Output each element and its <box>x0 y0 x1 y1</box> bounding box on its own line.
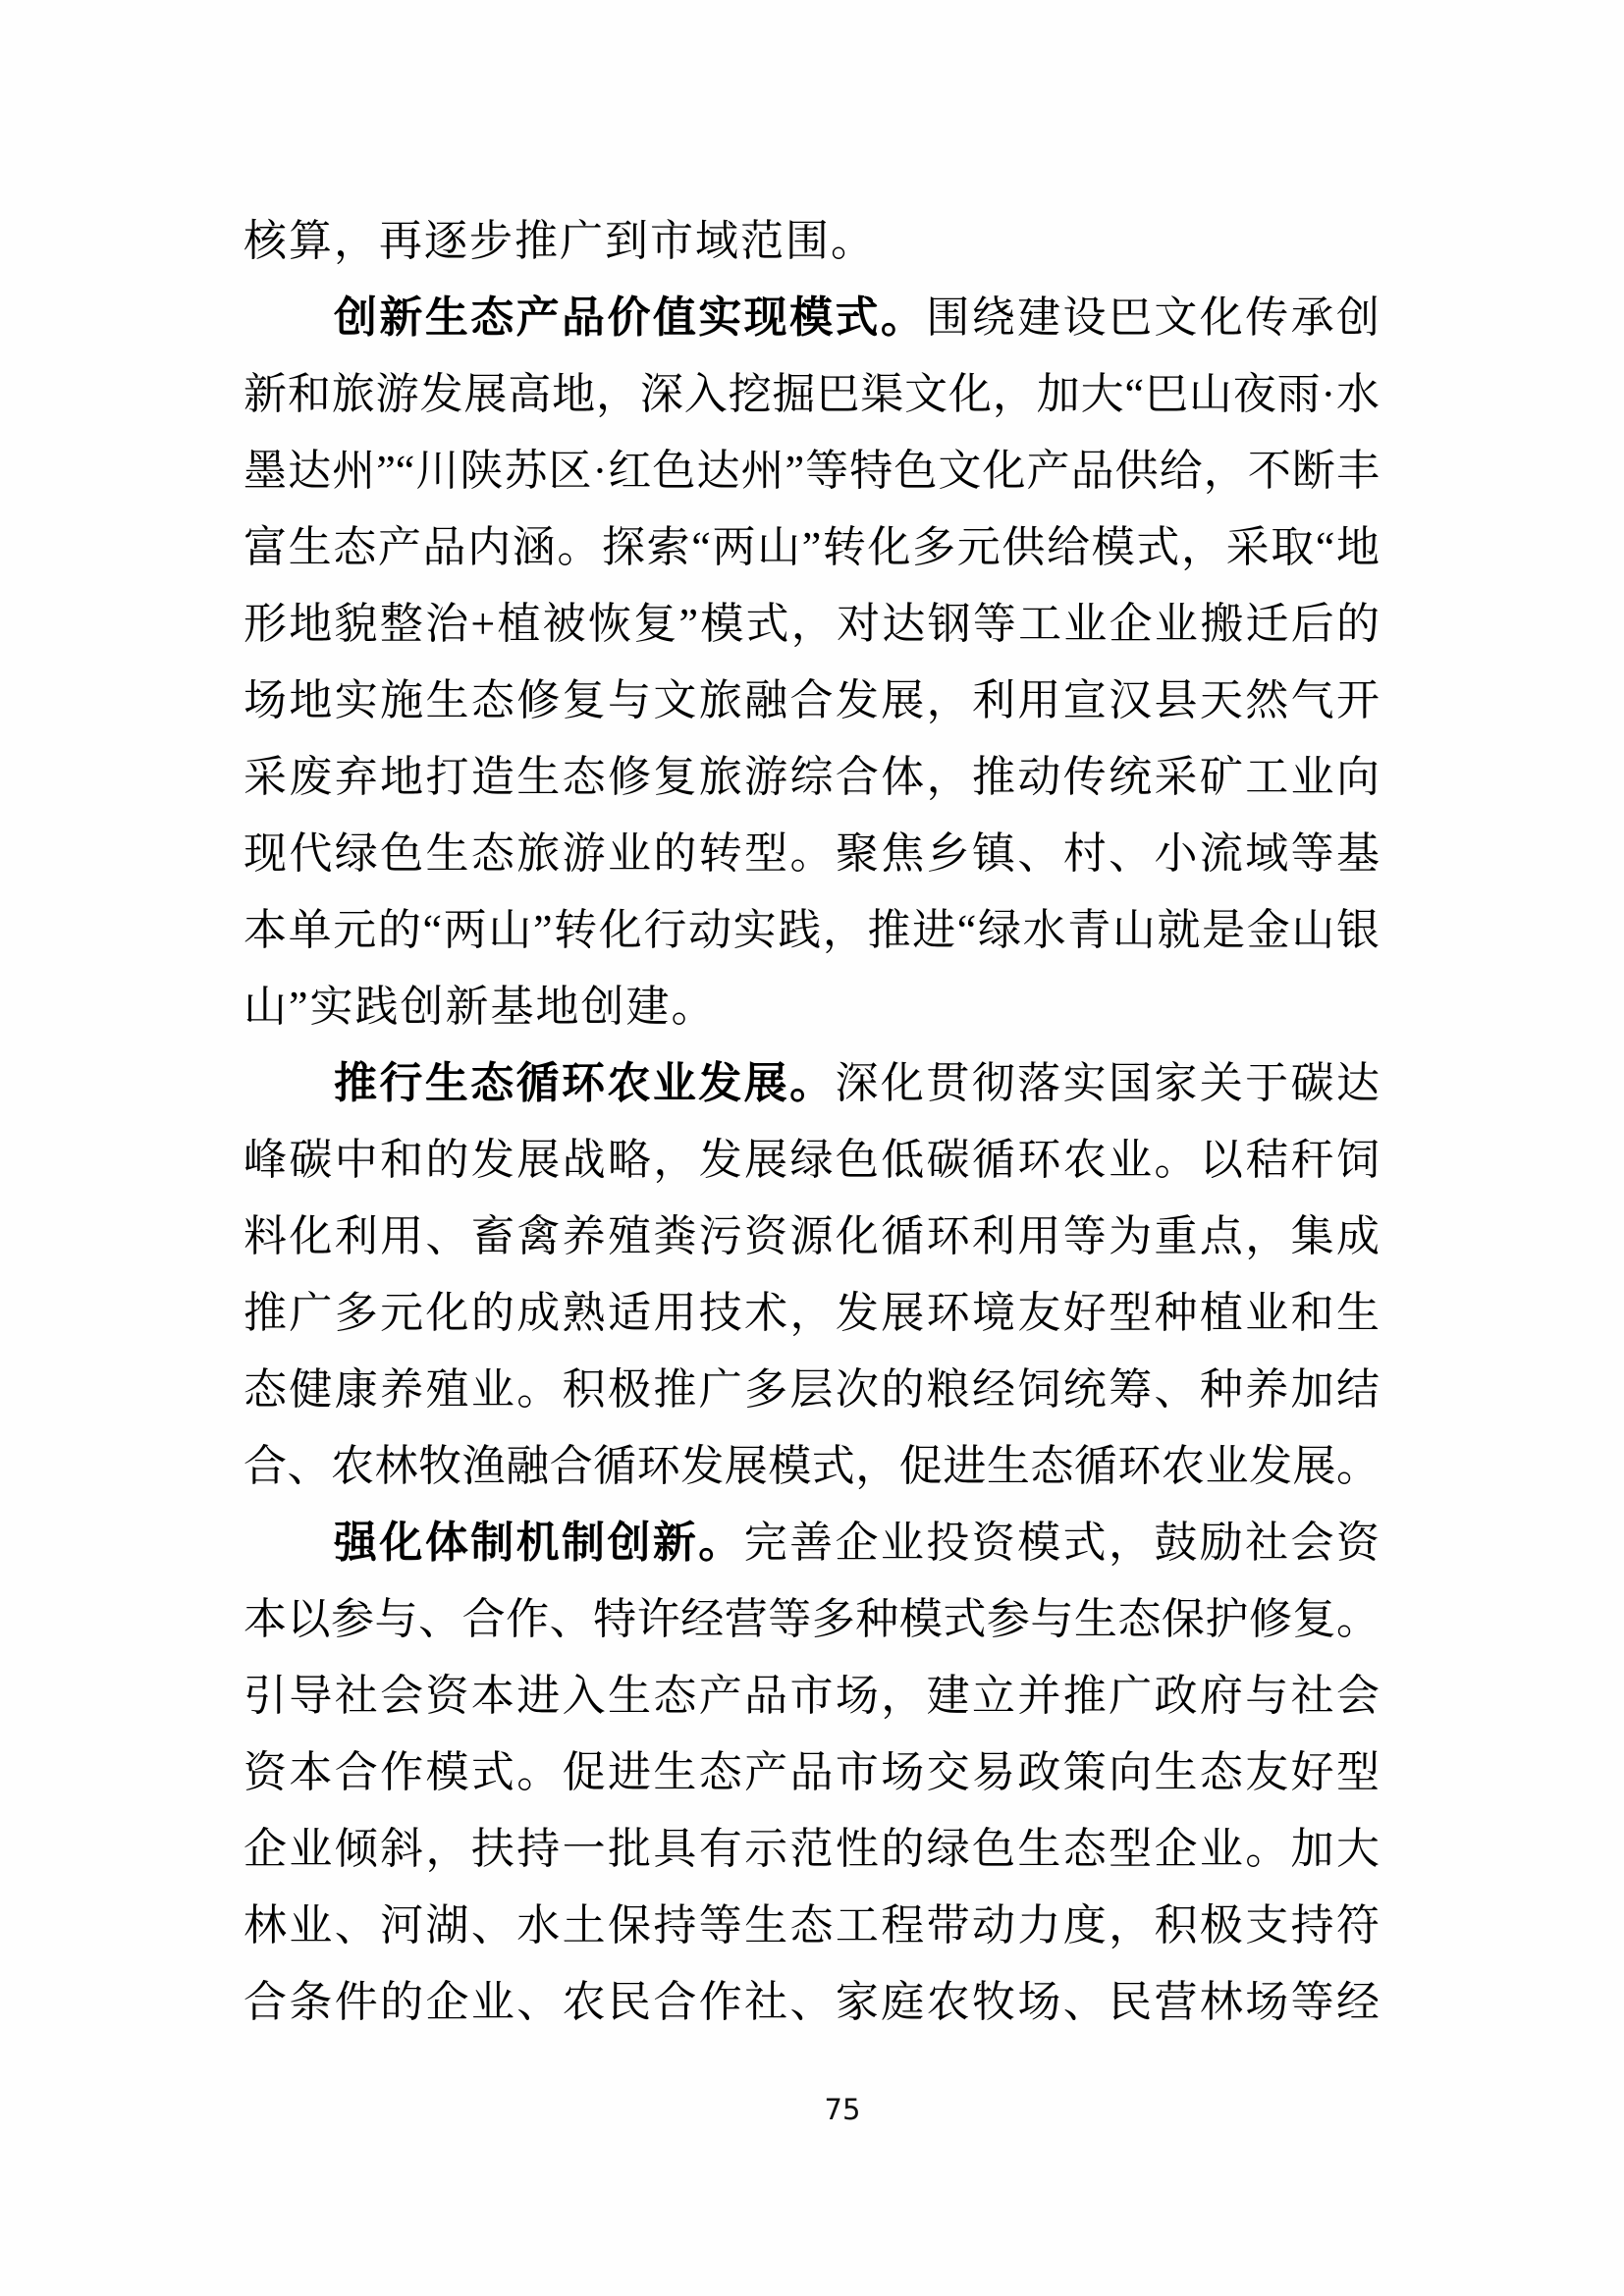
line-text: 料化利用、畜禽养殖粪污资源化循环利用等为重点，集成 <box>244 1212 1380 1260</box>
text-line: 合、农林牧渔融合循环发展模式，促进生态循环农业发展。 <box>244 1428 1380 1505</box>
text-line: 推广多元化的成熟适用技术，发展环境友好型种植业和生 <box>244 1275 1380 1352</box>
line-text: 推广多元化的成熟适用技术，发展环境友好型种植业和生 <box>244 1289 1380 1337</box>
line-text: 林业、河湖、水土保持等生态工程带动力度，积极支持符 <box>244 1901 1380 1949</box>
line-text: 现代绿色生态旅游业的转型。聚焦乡镇、村、小流域等基 <box>244 829 1380 878</box>
line-text: 围绕建设巴文化传承创 <box>926 294 1380 342</box>
line-text: 形地貌整治+植被恢复”模式，对达钢等工业企业搬迁后的 <box>244 600 1380 648</box>
text-line: 采废弃地打造生态修复旅游综合体，推动传统采矿工业向 <box>244 739 1380 816</box>
line-text: 山”实践创新基地创建。 <box>244 983 717 1031</box>
text-line: 本单元的“两山”转化行动实践，推进“绿水青山就是金山银 <box>244 892 1380 969</box>
line-text: 完善企业投资模式，鼓励社会资 <box>744 1519 1380 1567</box>
line-text: 场地实施生态修复与文旅融合发展，利用宣汉县天然气开 <box>244 676 1380 724</box>
line-text: 新和旅游发展高地，深入挖掘巴渠文化，加大“巴山夜雨·水 <box>244 370 1380 418</box>
text-line: 山”实践创新基地创建。 <box>244 969 1380 1045</box>
line-text: 企业倾斜，扶持一批具有示范性的绿色生态型企业。加大 <box>244 1825 1380 1873</box>
text-line: 核算，再逐步推广到市域范围。 <box>244 203 1380 280</box>
line-text: 本单元的“两山”转化行动实践，推进“绿水青山就是金山银 <box>244 906 1380 954</box>
page-number: 75 <box>30 2093 1624 2126</box>
text-block: 核算，再逐步推广到市域范围。创新生态产品价值实现模式。围绕建设巴文化传承创新和旅… <box>244 203 1380 2041</box>
paragraph-heading: 推行生态循环农业发展。 <box>334 1059 836 1107</box>
text-line: 墨达州”“川陕苏区·红色达州”等特色文化产品供给，不断丰 <box>244 433 1380 509</box>
text-line: 强化体制机制创新。完善企业投资模式，鼓励社会资 <box>244 1505 1380 1581</box>
line-text: 墨达州”“川陕苏区·红色达州”等特色文化产品供给，不断丰 <box>244 447 1380 495</box>
text-line: 新和旅游发展高地，深入挖掘巴渠文化，加大“巴山夜雨·水 <box>244 356 1380 433</box>
text-line: 现代绿色生态旅游业的转型。聚焦乡镇、村、小流域等基 <box>244 816 1380 892</box>
line-text: 合条件的企业、农民合作社、家庭农牧场、民营林场等经 <box>244 1978 1380 2026</box>
line-text: 深化贯彻落实国家关于碳达 <box>836 1059 1380 1107</box>
line-text: 合、农林牧渔融合循环发展模式，促进生态循环农业发展。 <box>244 1442 1380 1490</box>
text-line: 形地貌整治+植被恢复”模式，对达钢等工业企业搬迁后的 <box>244 586 1380 663</box>
text-line: 林业、河湖、水土保持等生态工程带动力度，积极支持符 <box>244 1888 1380 1964</box>
text-line: 企业倾斜，扶持一批具有示范性的绿色生态型企业。加大 <box>244 1811 1380 1888</box>
text-line: 富生态产品内涵。探索“两山”转化多元供给模式，采取“地 <box>244 509 1380 586</box>
text-line: 料化利用、畜禽养殖粪污资源化循环利用等为重点，集成 <box>244 1199 1380 1275</box>
paragraph-heading: 强化体制机制创新。 <box>334 1519 744 1567</box>
line-text: 资本合作模式。促进生态产品市场交易政策向生态友好型 <box>244 1748 1380 1796</box>
line-text: 富生态产品内涵。探索“两山”转化多元供给模式，采取“地 <box>244 523 1380 571</box>
line-text: 态健康养殖业。积极推广多层次的粮经饲统筹、种养加结 <box>244 1365 1380 1414</box>
text-line: 态健康养殖业。积极推广多层次的粮经饲统筹、种养加结 <box>244 1352 1380 1428</box>
text-line: 引导社会资本进入生态产品市场，建立并推广政府与社会 <box>244 1658 1380 1735</box>
paragraph-heading: 创新生态产品价值实现模式。 <box>334 294 926 342</box>
line-text: 峰碳中和的发展战略，发展绿色低碳循环农业。以秸秆饲 <box>244 1136 1380 1184</box>
text-line: 资本合作模式。促进生态产品市场交易政策向生态友好型 <box>244 1735 1380 1811</box>
text-line: 场地实施生态修复与文旅融合发展，利用宣汉县天然气开 <box>244 663 1380 739</box>
text-line: 推行生态循环农业发展。深化贯彻落实国家关于碳达 <box>244 1045 1380 1122</box>
document-page: 核算，再逐步推广到市域范围。创新生态产品价值实现模式。围绕建设巴文化传承创新和旅… <box>0 0 1624 2296</box>
line-text: 本以参与、合作、特许经营等多种模式参与生态保护修复。 <box>244 1595 1380 1643</box>
text-line: 合条件的企业、农民合作社、家庭农牧场、民营林场等经 <box>244 1964 1380 2041</box>
line-text: 核算，再逐步推广到市域范围。 <box>244 217 876 265</box>
line-text: 引导社会资本进入生态产品市场，建立并推广政府与社会 <box>244 1672 1380 1720</box>
text-line: 峰碳中和的发展战略，发展绿色低碳循环农业。以秸秆饲 <box>244 1122 1380 1199</box>
text-line: 本以参与、合作、特许经营等多种模式参与生态保护修复。 <box>244 1581 1380 1658</box>
line-text: 采废弃地打造生态修复旅游综合体，推动传统采矿工业向 <box>244 753 1380 801</box>
text-line: 创新生态产品价值实现模式。围绕建设巴文化传承创 <box>244 280 1380 356</box>
